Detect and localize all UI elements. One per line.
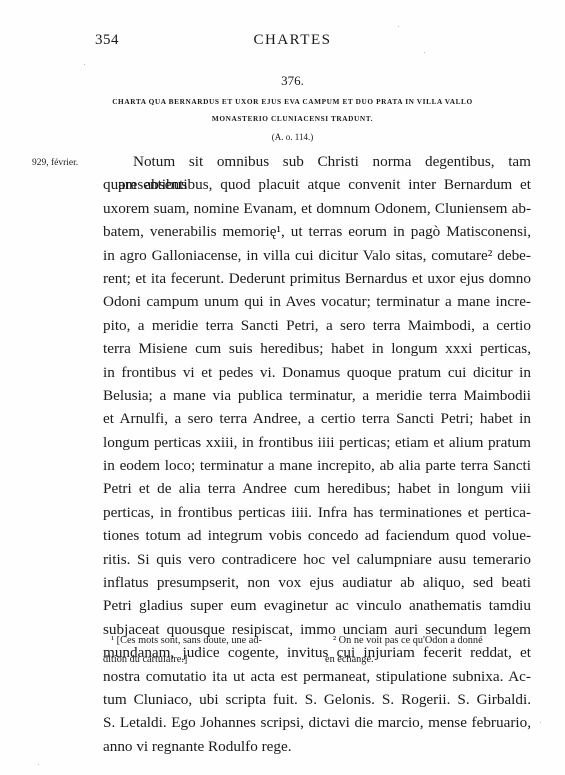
body-line: in frontibus vi et pedes vi. Donamus quo… bbox=[103, 361, 531, 384]
margin-date: 929, février. bbox=[32, 158, 78, 168]
body-line: et Arnulfi, a sero terra Andree, a certi… bbox=[103, 407, 531, 430]
charter-number: 376. bbox=[0, 73, 565, 89]
charter-reference: (A. o. 114.) bbox=[0, 132, 565, 142]
book-page: 354 CHARTES 376. CHARTA QUA BERNARDUS ET… bbox=[0, 0, 565, 775]
footnote-line: ¹ [Ces mots sont, sans doute, une ad- bbox=[103, 631, 303, 650]
body-line: Petri gladius super eum evaginetur ac vi… bbox=[103, 594, 531, 617]
body-line: anno vi regnante Rodulfo rege. bbox=[103, 735, 531, 758]
footnote-2: ² On ne voit pas ce qu'Odon a donné en é… bbox=[325, 631, 525, 669]
footnote-line: ² On ne voit pas ce qu'Odon a donné bbox=[325, 631, 525, 650]
body-line: in agro Galloniacense, in villa cui dici… bbox=[103, 244, 531, 267]
body-line: inflatus presumpserit, non vox ejus audi… bbox=[103, 571, 531, 594]
body-line: rent; et ita fecerunt. Dederunt primitus… bbox=[103, 267, 531, 290]
body-line: perticas, in frontibus perticas iiii. In… bbox=[103, 501, 531, 524]
footnote-line: en échange. bbox=[325, 650, 525, 669]
body-line: ritis. Si quis vero contradicere hoc vel… bbox=[103, 548, 531, 571]
running-title: CHARTES bbox=[0, 32, 565, 49]
running-head: 354 CHARTES bbox=[0, 32, 565, 52]
scan-speck bbox=[424, 52, 425, 53]
scan-speck bbox=[346, 700, 347, 701]
scan-speck bbox=[398, 26, 399, 27]
body-line: longum perticas xxiii, in frontibus iiii… bbox=[103, 431, 531, 454]
scan-speck bbox=[84, 64, 85, 65]
body-line: tiones totum ad integrum vobis concedo a… bbox=[103, 524, 531, 547]
body-line: batem, venerabilis memorię¹, ut terras e… bbox=[103, 220, 531, 243]
body-line: Belusia; a mane via publica terminatur, … bbox=[103, 384, 531, 407]
scan-speck bbox=[38, 764, 39, 765]
footnote-1: ¹ [Ces mots sont, sans doute, une ad- di… bbox=[103, 631, 303, 669]
body-line: tum Cluniaco, ubi scripta fuit. S. Gelon… bbox=[103, 688, 531, 711]
body-line: in eodem loco; terminatur a mane increpi… bbox=[103, 454, 531, 477]
body-line: uxorem suam, nomine Evanam, et domnum Od… bbox=[103, 197, 531, 220]
scan-speck bbox=[540, 722, 541, 723]
body-line: Odoni campum unum qui in Aves vocatur; t… bbox=[103, 290, 531, 313]
body-line: Petri et de alia terra Andree cum heredi… bbox=[103, 477, 531, 500]
charter-title-line-1: CHARTA QUA BERNARDUS ET UXOR EJUS EVA CA… bbox=[0, 97, 565, 106]
body-line: terra Misiene cum suis heredibus; habet … bbox=[103, 337, 531, 360]
footnote-line: dition du cartulaire.] bbox=[103, 650, 303, 669]
body-line: Notum sit omnibus sub Christi norma dege… bbox=[103, 150, 531, 173]
body-line: quam absentibus, quod placuit atque conv… bbox=[103, 173, 531, 196]
body-line: pito, a meridie terra Sancti Petri, a se… bbox=[103, 314, 531, 337]
charter-title-line-2: MONASTERIO CLUNIACENSI TRADUNT. bbox=[0, 114, 565, 123]
body-line: S. Letaldi. Ego Johannes scripsi, dictav… bbox=[103, 711, 531, 734]
